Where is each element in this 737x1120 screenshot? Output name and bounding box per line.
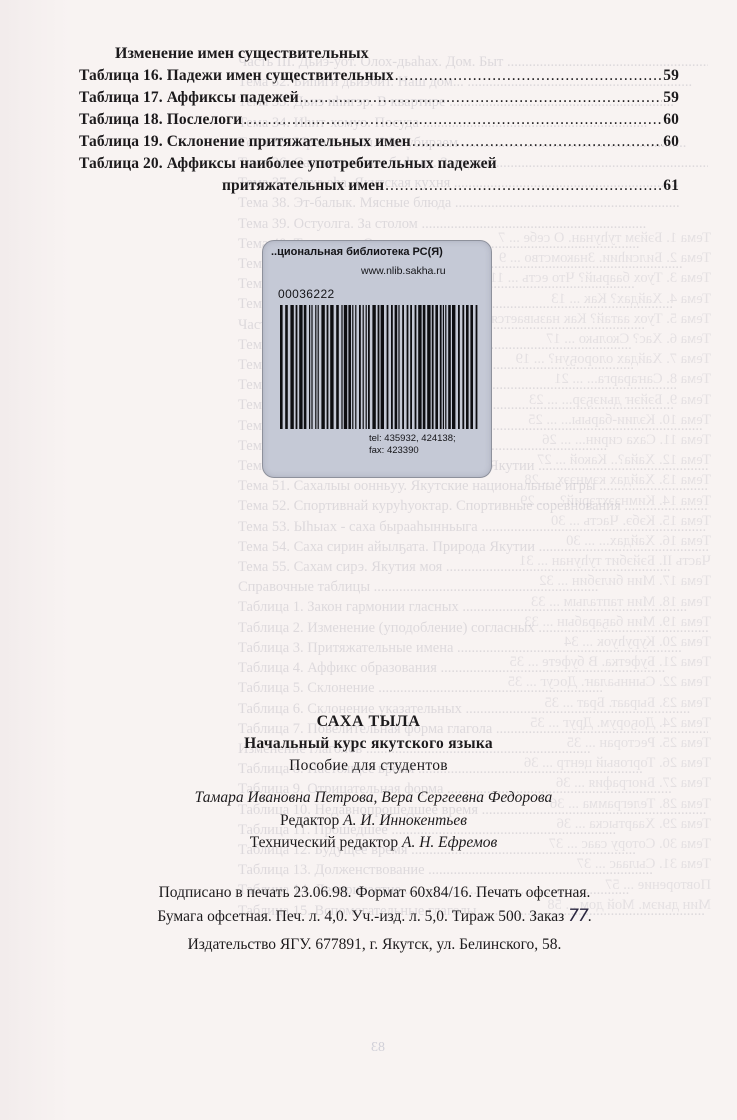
book-title: САХА ТЫЛА <box>0 713 737 731</box>
toc-entry-label: Таблица 17. Аффиксы падежей <box>79 87 299 109</box>
table-of-contents: Изменение имен существительных Таблица 1… <box>79 43 679 197</box>
toc-entry-page: 59 <box>663 65 679 87</box>
toc-entry-label: Таблица 18. Послелоги <box>79 109 242 131</box>
toc-leader-dots <box>395 65 663 87</box>
handwritten-order-number: 77 <box>568 906 588 926</box>
toc-entry: Таблица 20. Аффиксы наиболее употребител… <box>79 153 679 175</box>
toc-entry-page: 60 <box>663 109 679 131</box>
print-details-end: . <box>588 908 592 925</box>
toc-entry-continuation: притяжательных имен 61 <box>79 175 679 197</box>
toc-entry-label: притяжательных имен <box>222 175 384 197</box>
library-fax: fax: 423390 <box>369 445 456 457</box>
print-details-text: Бумага офсетная. Печ. л. 4,0. Уч.-изд. л… <box>157 908 564 925</box>
book-subtitle-audience: Пособие для студентов <box>0 757 737 775</box>
toc-section-heading: Изменение имен существительных <box>115 43 679 65</box>
toc-entry: Таблица 16. Падежи имен существительных … <box>79 65 679 87</box>
editor-line: Редактор А. И. Иннокентьев <box>5 812 737 830</box>
library-contacts: tel: 435932, 424138; fax: 423390 <box>369 433 456 457</box>
toc-entry-page: 59 <box>663 87 679 109</box>
toc-entry-label: Таблица 20. Аффиксы наиболее употребител… <box>79 153 497 175</box>
toc-entry: Таблица 19. Склонение притяжательных име… <box>79 131 679 153</box>
toc-leader-dots <box>412 131 662 153</box>
barcode-icon <box>280 305 478 429</box>
editor-name: А. И. Иннокентьев <box>343 812 467 829</box>
publisher-address: Издательство ЯГУ. 677891, г. Якутск, ул.… <box>6 936 737 954</box>
toc-entry-page: 60 <box>663 131 679 153</box>
toc-entry-label: Таблица 16. Падежи имен существительных <box>79 65 394 87</box>
library-tel: tel: 435932, 424138; <box>369 433 456 445</box>
inventory-number: 00036222 <box>278 287 335 301</box>
library-name: ..циональная библиотека РС(Я) <box>271 246 443 258</box>
toc-leader-dots <box>385 175 662 197</box>
print-details-line-2: Бумага офсетная. Печ. л. 4,0. Уч.-изд. л… <box>6 906 737 926</box>
toc-entry: Таблица 17. Аффиксы падежей 59 <box>79 87 679 109</box>
library-url: www.nlib.sakha.ru <box>361 265 446 277</box>
technical-editor-name: А. Н. Ефремов <box>402 834 497 851</box>
editor-label: Редактор <box>280 812 339 829</box>
technical-editor-label: Технический редактор <box>250 834 398 851</box>
book-authors: Тамара Ивановна Петрова, Вера Сергеевна … <box>5 789 737 807</box>
bleed-through-page-number: 83 <box>371 1040 385 1056</box>
print-details-line-1: Подписано в печать 23.06.98. Формат 60х8… <box>6 884 737 902</box>
book-page: Часть III. Дьиэ-уот. Олох-дьаһах. Дом. Б… <box>0 0 737 1120</box>
technical-editor-line: Технический редактор А. Н. Ефремов <box>5 834 737 852</box>
toc-entry: Таблица 18. Послелоги 60 <box>79 109 679 131</box>
toc-entry-page: 61 <box>663 175 679 197</box>
book-subtitle: Начальный курс якутского языка <box>0 735 737 753</box>
toc-entry-label: Таблица 19. Склонение притяжательных име… <box>79 131 411 153</box>
toc-leader-dots <box>300 87 662 109</box>
toc-leader-dots <box>243 109 662 131</box>
library-barcode-sticker: ..циональная библиотека РС(Я) www.nlib.s… <box>262 240 492 478</box>
